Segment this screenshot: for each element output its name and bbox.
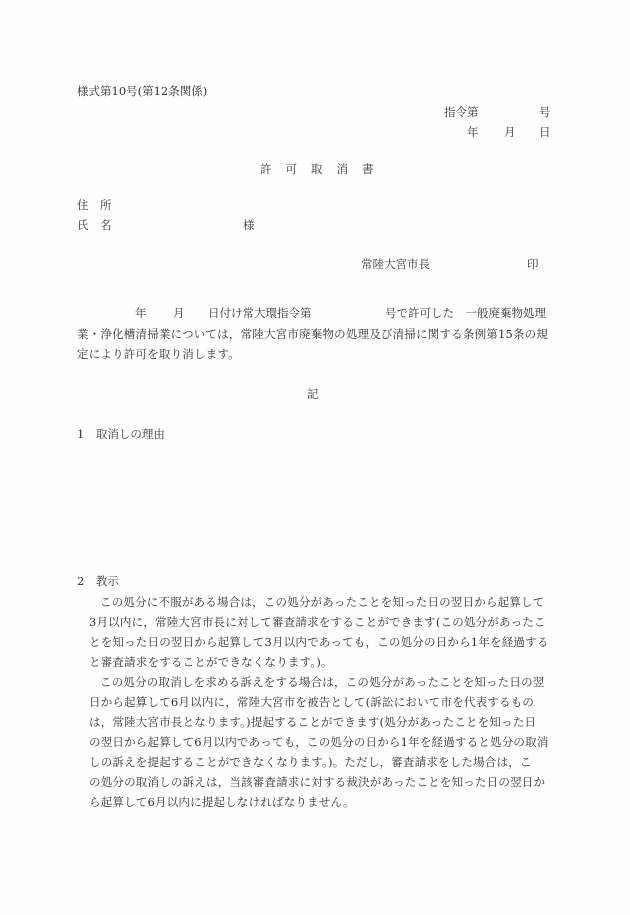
instruction-line: この処分の取消しを求める訴えをする場合は，この処分があったことを知った日の翌 bbox=[100, 674, 544, 690]
seal-mark: 印 bbox=[527, 256, 539, 272]
honorific: 様 bbox=[243, 217, 255, 233]
note-heading: 記 bbox=[307, 386, 319, 402]
instruction-line: ら起算して6月以内に提起しなければなりません。 bbox=[89, 794, 355, 810]
date-day: 日 bbox=[539, 124, 551, 140]
body-line1-after: 号で許可した 一般廃棄物処理 bbox=[385, 305, 546, 321]
date-month: 月 bbox=[504, 124, 516, 140]
body-line2: 業・浄化槽清掃業については，常陸大宮市廃棄物の処理及び清掃に関する条例第15条の… bbox=[77, 326, 548, 342]
directive-number-prefix: 指令第 bbox=[444, 104, 479, 120]
instruction-line: と審査請求をすることができなくなります。)。 bbox=[89, 654, 333, 670]
body-year: 年 bbox=[135, 305, 147, 321]
address-label: 住 所 bbox=[77, 197, 112, 213]
instruction-line: この処分に不服がある場合は，この処分があったことを知った日の翌日から起算して bbox=[100, 594, 544, 610]
date-year: 年 bbox=[467, 124, 479, 140]
body-month: 月 bbox=[173, 305, 185, 321]
directive-number-suffix: 号 bbox=[539, 104, 551, 120]
instruction-line: とを知った日の翌日から起算して3月以内であっても，この処分の日から1年を経過する bbox=[89, 634, 549, 650]
name-label: 氏 名 bbox=[77, 217, 112, 233]
form-number: 様式第10号(第12条関係) bbox=[77, 83, 207, 99]
body-line3: 定により許可を取り消します。 bbox=[77, 346, 240, 362]
section1-heading: 1 取消しの理由 bbox=[77, 426, 165, 442]
instruction-line: 3月以内に，常陸大宮市長に対して審査請求をすることができます(この処分があったこ bbox=[89, 614, 546, 630]
instruction-line: しの訴えを提起することができなくなります。)。ただし，審査請求をした場合は，こ bbox=[89, 754, 532, 770]
instruction-line: は，常陸大宮市長となります。)提起することができます(処分があったことを知った日 bbox=[89, 714, 536, 730]
instruction-line: の処分の取消しの訴えは，当該審査請求に対する裁決があったことを知った日の翌日か bbox=[89, 774, 545, 790]
instruction-line: の翌日から起算して6月以内であっても，この処分の日から1年を経過すると処分の取消 bbox=[89, 734, 549, 750]
body-directive: 日付け常大環指令第 bbox=[208, 305, 312, 321]
instruction-line: 日から起算して6月以内に，常陸大宮市を被告として(訴訟において市を代表するもの bbox=[89, 694, 534, 710]
issuer-name: 常陸大宮市長 bbox=[361, 256, 430, 272]
document-title: 許可取消書 bbox=[260, 161, 388, 177]
section2-heading: 2 教示 bbox=[77, 573, 119, 589]
